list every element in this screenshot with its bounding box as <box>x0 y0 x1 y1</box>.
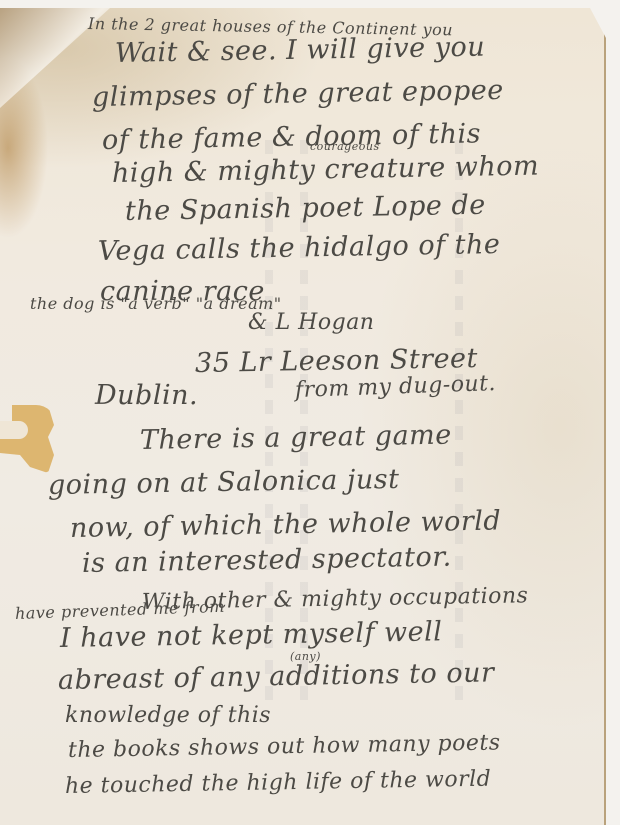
marginal-note: the dog is "a verb" "a dream" <box>30 294 282 313</box>
handwritten-line: Wait & see. I will give you <box>115 32 486 69</box>
handwritten-line: knowledge of this <box>65 703 271 728</box>
handwritten-line: of the fame & doom of this <box>102 118 482 156</box>
bleed-through-column <box>455 140 463 700</box>
handwritten-line: is an interested spectator. <box>82 542 452 579</box>
interlinear-insertion: courageous <box>310 140 380 153</box>
handwritten-line: going on at Salonica just <box>48 464 400 501</box>
bleed-through-column <box>300 140 308 700</box>
stain-gap <box>0 421 28 439</box>
handwritten-line: There is a great game <box>140 420 452 456</box>
address-city: Dublin. <box>95 380 198 411</box>
signature: & L Hogan <box>248 310 374 335</box>
handwritten-line: the Spanish poet Lope de <box>125 190 486 227</box>
